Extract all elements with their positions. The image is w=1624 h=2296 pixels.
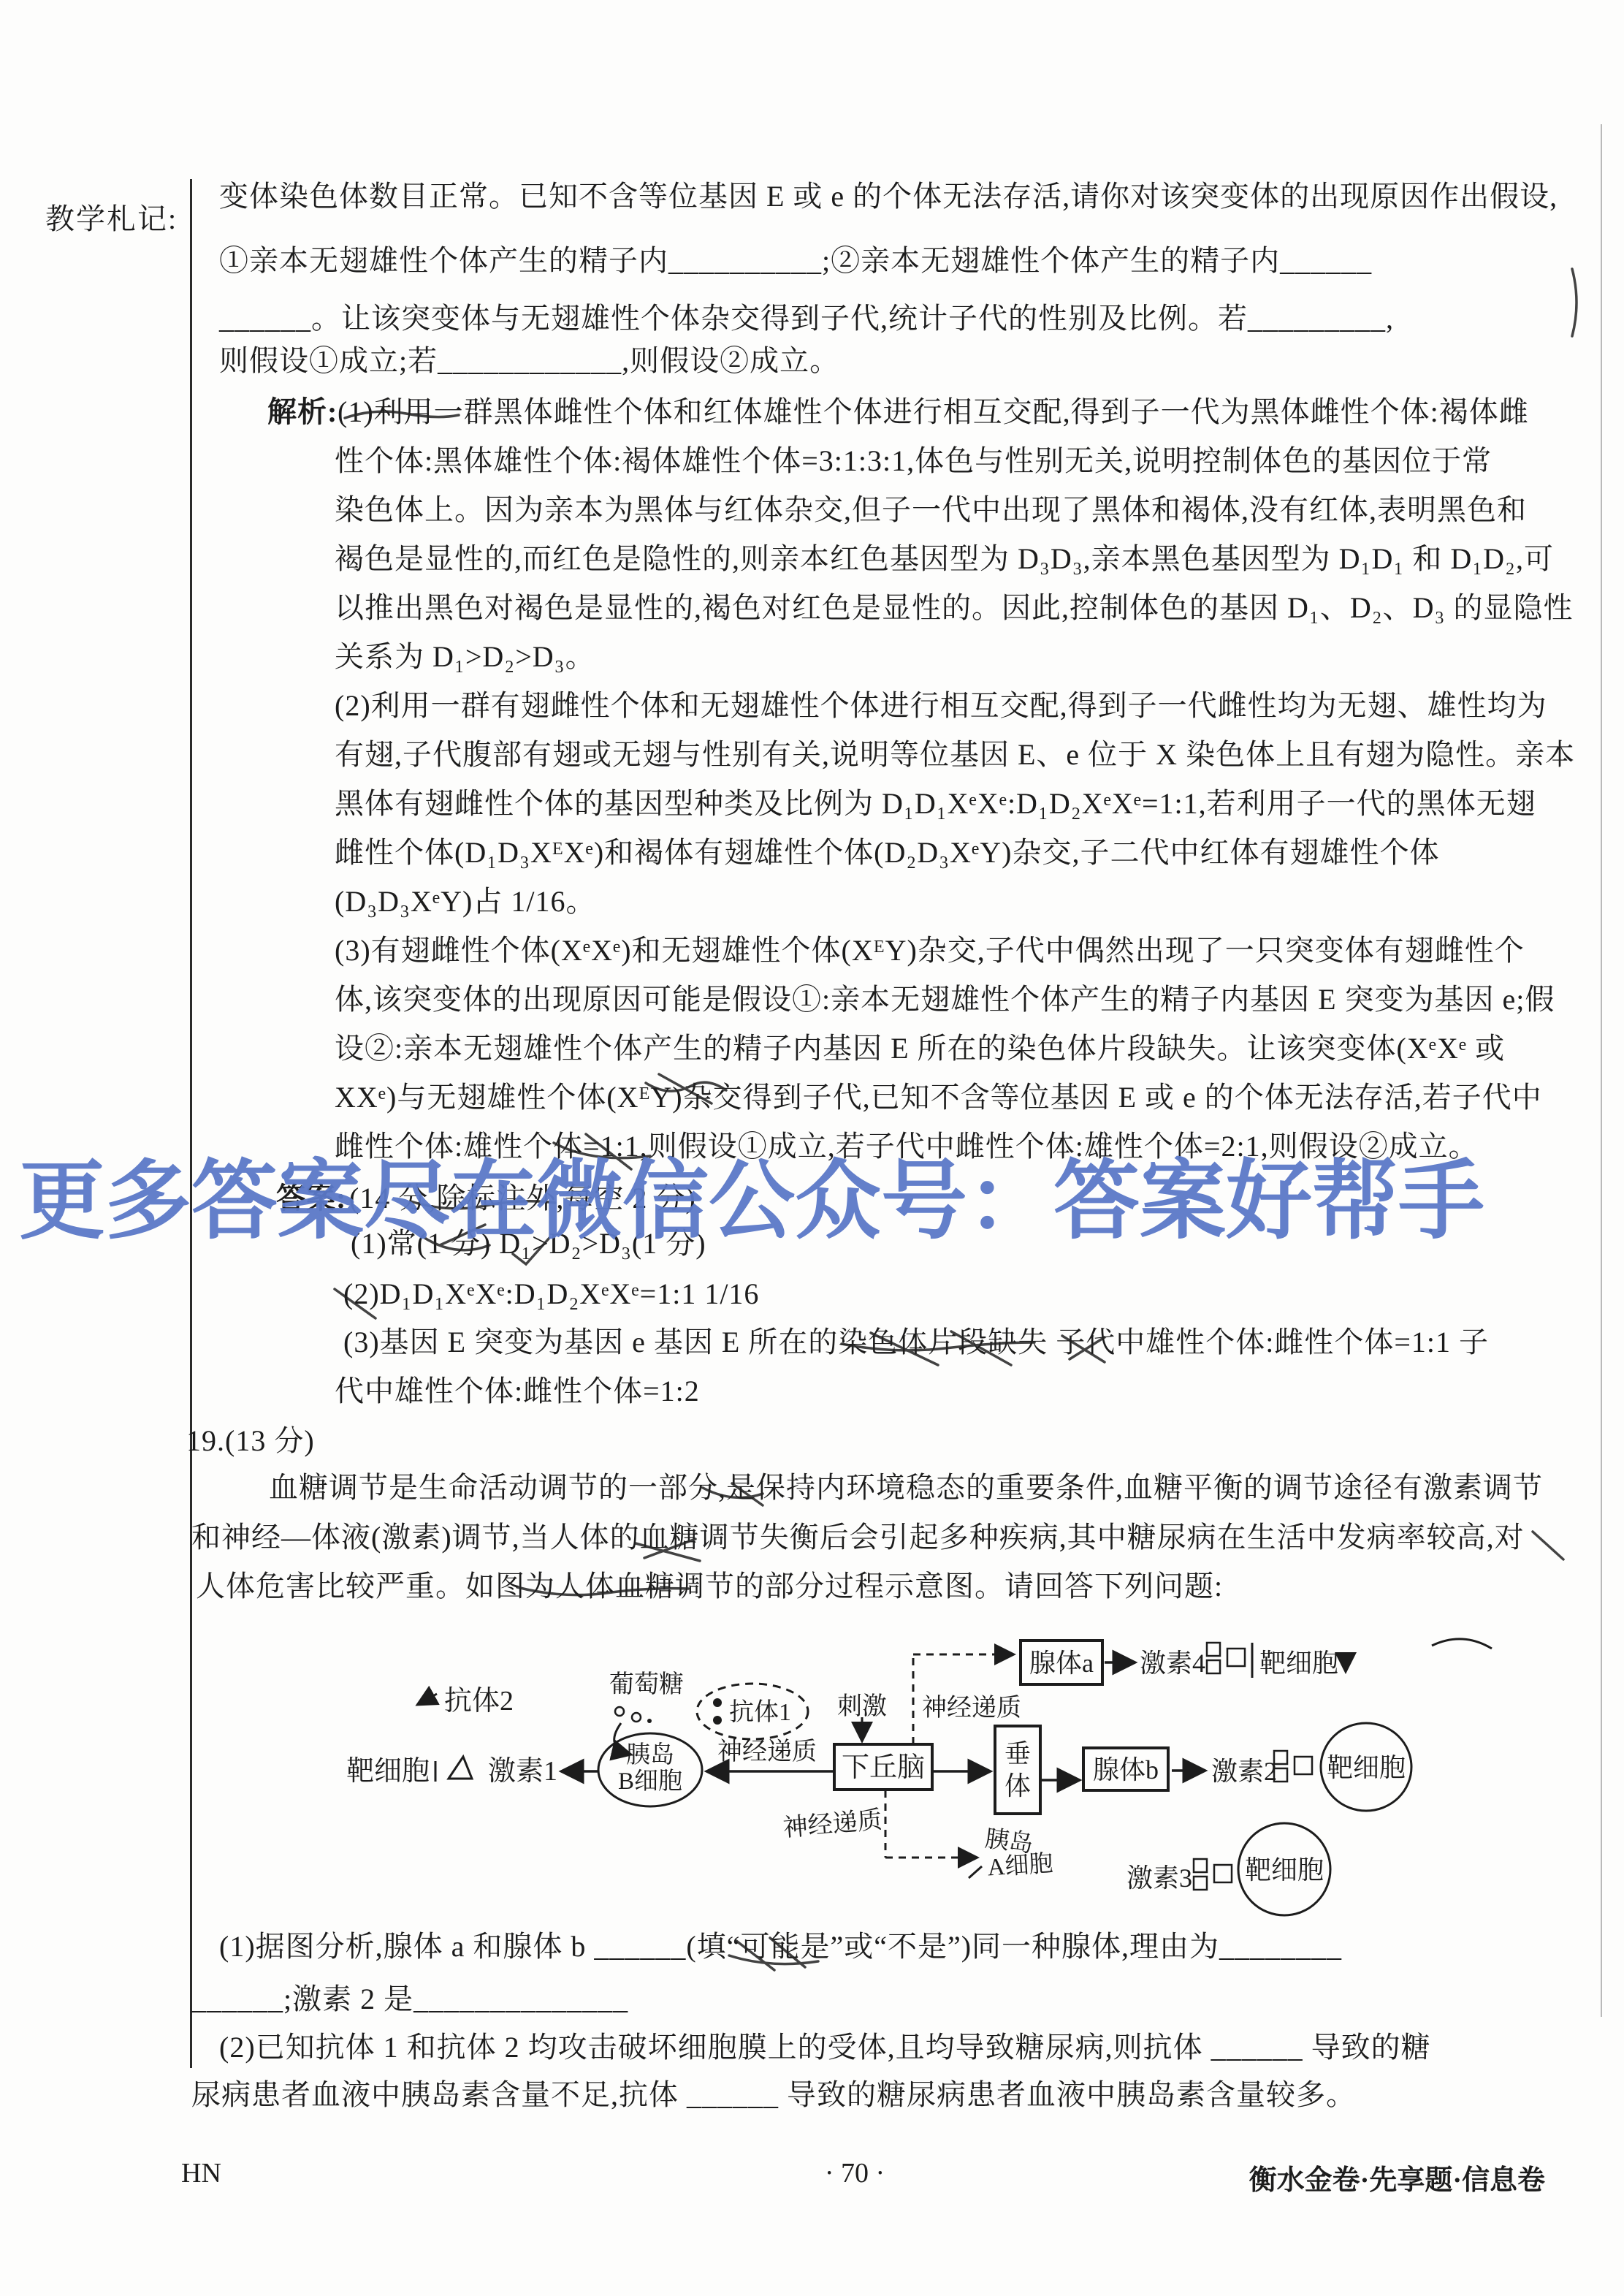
receptor-icon <box>1194 1859 1207 1872</box>
analysis-line: 褐色是显性的,而红色是隐性的,则亲本红色基因型为 D₃D₃,亲本黑色基因型为 D… <box>335 541 1554 577</box>
answer-line: (2)D₁D₁XᵉXᵉ:D₁D₂XᵉXᵉ=1:1 1/16 <box>343 1277 759 1312</box>
handwriting-scribble <box>1572 269 1577 336</box>
islet-b-label: 胰岛 <box>626 1741 674 1768</box>
hormone3-label: 激素3 <box>1126 1863 1192 1893</box>
footer-page-number: · 70 · <box>767 2157 942 2189</box>
q19-sub-question: 尿病患者血液中胰岛素含量不足,抗体 ______ 导致的糖尿病患者血液中胰岛素含… <box>191 2078 1356 2113</box>
analysis-line: 以推出黑色对褐色是显性的,褐色对红色是显性的。因此,控制体色的基因 D₁、D₂、… <box>335 590 1574 626</box>
intro-line: 则假设①成立;若____________,则假设②成立。 <box>219 343 839 379</box>
analysis-line: 性个体:黑体雄性个体:褐体雄性个体=3:1:3:1,体色与性别无关,说明控制体色… <box>335 444 1492 479</box>
hormone1-label: 激素1 <box>488 1756 557 1787</box>
hypothalamus-label: 下丘脑 <box>842 1752 925 1783</box>
glucose-label: 葡萄糖 <box>609 1670 684 1698</box>
pituitary-label: 垂 <box>1004 1739 1031 1768</box>
antibody-dot-icon <box>713 1698 722 1707</box>
receptor-icon <box>1227 1649 1245 1666</box>
q19-sub-question: (1)据图分析,腺体 a 和腺体 b ______(填“可能是”或“不是”)同一… <box>219 1929 1342 1964</box>
analysis-line: 设②:亲本无翅雄性个体产生的精子内基因 E 所在的染色体片段缺失。让该突变体(X… <box>335 1031 1505 1066</box>
q19-intro-line: 血糖调节是生命活动调节的一部分,是保持内环境稳态的重要条件,血糖平衡的调节途径有… <box>269 1470 1543 1505</box>
receptor-icon <box>1214 1865 1232 1882</box>
analysis-line: 体,该突变体的出现原因可能是假设①:亲本无翅雄性个体产生的精子内基因 E 突变为… <box>335 982 1555 1017</box>
target-cell-label: 靶细胞 <box>1327 1753 1406 1782</box>
analysis-label: 解析: <box>267 395 338 430</box>
target-cell-label: 靶细胞 <box>1259 1649 1338 1678</box>
glucose-molecule-icon <box>615 1707 624 1716</box>
antibody2-arrow <box>417 1694 437 1705</box>
antibody1-label: 抗体1 <box>729 1698 791 1726</box>
receptor-icon <box>1194 1877 1207 1890</box>
handwriting-arc <box>1432 1639 1492 1649</box>
analysis-line: (2)利用一群有翅雌性个体和无翅雄性个体进行相互交配,得到子一代雌性均为无翅、雄… <box>335 688 1547 723</box>
exam-page: 教学札记: 变体染色体数目正常。已知不含等位基因 E 或 e 的个体无法存活,请… <box>0 0 1624 2296</box>
receptor-icon <box>1207 1660 1220 1673</box>
q19-intro-line: 人体危害比较严重。如图为人体血糖调节的部分过程示意图。请回答下列问题: <box>196 1569 1223 1604</box>
receptor-triangle-icon <box>449 1757 472 1779</box>
handwriting-scribble <box>1533 1532 1563 1559</box>
analysis-line: 雌性个体(D₁D₃XᴱXᵉ)和褐体有翅雄性个体(D₂D₃XᵉY)杂交,子二代中红… <box>335 835 1439 870</box>
islet-b-label: B细胞 <box>618 1768 682 1795</box>
q19-sub-question: (2)已知抗体 1 和抗体 2 均攻击破坏细胞膜上的受体,且均导致糖尿病,则抗体… <box>219 2030 1431 2065</box>
neurotransmitter-label: 神经递质 <box>717 1738 817 1765</box>
gland-a-label: 腺体a <box>1029 1649 1094 1678</box>
question-number: 19.(13 分) <box>186 1423 315 1459</box>
intro-line: ______。让该突变体与无翅雄性个体杂交得到子代,统计子代的性别及比例。若__… <box>219 301 1394 336</box>
glucose-molecule-icon <box>632 1713 641 1722</box>
analysis-line: 关系为 D₁>D₂>D₃。 <box>335 639 595 674</box>
target-cell-label: 靶细胞 <box>1245 1855 1324 1885</box>
wechat-watermark: 更多答案尽在微信公众号：答案好帮手 <box>19 1131 1484 1255</box>
islet-a-label: A细胞 <box>986 1850 1053 1881</box>
analysis-line: XXᵉ)与无翅雄性个体(XᴱY)杂交得到子代,已知不含等位基因 E 或 e 的个… <box>335 1080 1542 1115</box>
analysis-line: 有翅,子代腹部有翅或无翅与性别有关,说明等位基因 E、e 位于 X 染色体上且有… <box>335 737 1575 772</box>
answer-line: 代中雄性个体:雌性个体=1:2 <box>335 1374 700 1409</box>
neurotransmitter-label: 神经递质 <box>922 1694 1021 1722</box>
footer-code: HN <box>181 2157 221 2189</box>
analysis-line: (3)有翅雌性个体(XᵉXᵉ)和无翅雄性个体(XᴱY)杂交,子代中偶然出现了一只… <box>335 933 1525 968</box>
margin-note-label: 教学札记: <box>45 196 178 237</box>
pituitary-label: 体 <box>1004 1771 1031 1801</box>
intro-line: ①亲本无翅雄性个体产生的精子内__________;②亲本无翅雄性个体产生的精子… <box>219 243 1372 278</box>
analysis-line: 黑体有翅雌性个体的基因型种类及比例为 D₁D₁XᵉXᵉ:D₁D₂XᵉXᵉ=1:1… <box>335 786 1536 821</box>
neurotransmitter-label: 神经递质 <box>782 1806 883 1842</box>
analysis-line: (D₃D₃XᵉY)占 1/16。 <box>335 884 595 919</box>
hormone4-label: 激素4 <box>1140 1649 1205 1678</box>
glucose-molecule-icon <box>647 1719 652 1723</box>
analysis-line: (1)利用一群黑体雌性个体和红体雄性个体进行相互交配,得到子一代为黑体雌性个体:… <box>338 395 1529 430</box>
target-cell-label: 靶细胞 <box>346 1756 430 1787</box>
handwriting-tick <box>969 1866 982 1878</box>
margin-divider-line <box>190 179 192 2068</box>
stimulus-label: 刺激 <box>837 1692 887 1720</box>
gland-b-label: 腺体b <box>1093 1755 1159 1784</box>
answer-line: (3)基因 E 突变为基因 e 基因 E 所在的染色体片段缺失 子代中雄性个体:… <box>343 1325 1489 1360</box>
receptor-icon <box>1295 1757 1312 1774</box>
receptor-icon <box>1207 1643 1220 1656</box>
analysis-line: 染色体上。因为亲本为黑体与红体杂交,但子一代中出现了黑体和褐体,没有红体,表明黑… <box>335 493 1527 528</box>
antibody-dot-icon <box>713 1716 722 1725</box>
intro-line: 变体染色体数目正常。已知不含等位基因 E 或 e 的个体无法存活,请你对该突变体… <box>219 179 1558 214</box>
q19-sub-question: ______;激素 2 是______________ <box>191 1982 628 2017</box>
antibody2-label: 抗体2 <box>444 1686 514 1717</box>
footer-brand: 衡水金卷·先享题·信息卷 <box>1249 2157 1545 2197</box>
hormone2-label: 激素2 <box>1211 1757 1277 1786</box>
blood-glucose-regulation-diagram: 抗体2 葡萄糖 抗体1 靶细胞 激素1 胰岛 B细胞 神经递质 下丘脑 刺激 <box>314 1637 1622 1936</box>
q19-intro-line: 和神经—体液(激素)调节,当人体的血糖调节失衡后会引起多种疾病,其中糖尿病在生活… <box>191 1520 1525 1555</box>
